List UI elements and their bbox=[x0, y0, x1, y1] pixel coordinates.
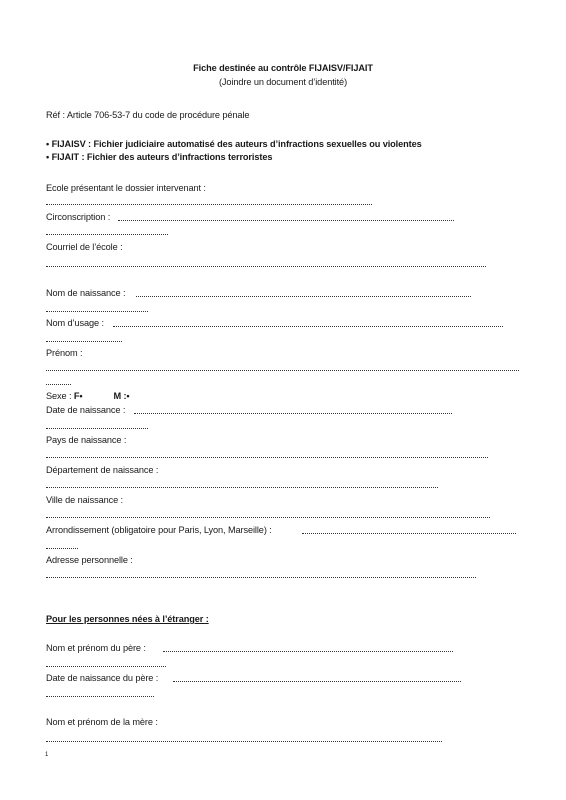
label-nom-usage: Nom d’usage : bbox=[46, 318, 104, 329]
checkbox-sexe-m[interactable]: • bbox=[126, 391, 129, 401]
field-nom-naissance-cont[interactable] bbox=[46, 311, 148, 312]
label-courriel: Courriel de l’école : bbox=[46, 242, 123, 253]
field-date-naissance-cont[interactable] bbox=[46, 428, 148, 429]
label-ecole: Ecole présentant le dossier intervenant … bbox=[46, 183, 206, 194]
label-sexe: Sexe : bbox=[46, 391, 71, 401]
label-date-pere: Date de naissance du père : bbox=[46, 673, 158, 684]
field-departement[interactable] bbox=[46, 487, 438, 488]
label-nom-naissance: Nom de naissance : bbox=[46, 288, 125, 299]
label-circonscription: Circonscription : bbox=[46, 212, 110, 223]
field-nom-usage-cont[interactable] bbox=[46, 341, 122, 342]
field-arrondissement-cont[interactable] bbox=[46, 548, 78, 549]
label-departement: Département de naissance : bbox=[46, 465, 158, 476]
field-circonscription[interactable] bbox=[118, 220, 454, 221]
label-pays-naissance: Pays de naissance : bbox=[46, 435, 126, 446]
label-prenom: Prénom : bbox=[46, 348, 82, 359]
field-pays-naissance[interactable] bbox=[46, 457, 488, 458]
bullet-icon: • bbox=[46, 139, 49, 149]
foreign-section-heading: Pour les personnes nées à l’étranger : bbox=[46, 614, 209, 625]
field-courriel[interactable] bbox=[46, 266, 486, 267]
field-prenom[interactable] bbox=[46, 370, 519, 371]
page-number: 1 bbox=[45, 752, 48, 758]
field-nom-pere-cont[interactable] bbox=[46, 666, 166, 667]
field-nom-usage[interactable] bbox=[113, 326, 503, 327]
field-ecole[interactable] bbox=[46, 204, 372, 205]
field-arrondissement[interactable] bbox=[302, 533, 516, 534]
label-date-naissance: Date de naissance : bbox=[46, 405, 125, 416]
field-ville[interactable] bbox=[46, 517, 490, 518]
field-date-pere-cont[interactable] bbox=[46, 696, 154, 697]
field-date-pere[interactable] bbox=[173, 681, 461, 682]
label-nom-mere: Nom et prénom de la mère : bbox=[46, 717, 158, 728]
label-nom-pere: Nom et prénom du père : bbox=[46, 643, 146, 654]
field-circonscription-cont[interactable] bbox=[46, 234, 168, 235]
label-sexe-m: M : bbox=[113, 391, 126, 401]
label-arrondissement: Arrondissement (obligatoire pour Paris, … bbox=[46, 525, 272, 536]
field-date-naissance[interactable] bbox=[134, 413, 452, 414]
label-adresse: Adresse personnelle : bbox=[46, 555, 133, 566]
sexe-row: Sexe : F• M :• bbox=[46, 391, 130, 402]
bullet-fijait: • FIJAIT : Fichier des auteurs d’infract… bbox=[46, 152, 272, 163]
bullet-icon: • bbox=[46, 152, 49, 162]
field-nom-naissance[interactable] bbox=[136, 296, 471, 297]
bullet-fijaisv: • FIJAISV : Fichier judiciaire automatis… bbox=[46, 139, 422, 150]
field-prenom-cont[interactable] bbox=[46, 384, 71, 385]
document-page: Fiche destinée au contrôle FIJAISV/FIJAI… bbox=[0, 0, 566, 800]
reference-text: Réf : Article 706-53-7 du code de procéd… bbox=[46, 110, 249, 121]
document-subtitle: (Joindre un document d’identité) bbox=[0, 77, 566, 88]
field-nom-pere[interactable] bbox=[163, 651, 453, 652]
field-adresse[interactable] bbox=[46, 577, 476, 578]
label-ville: Ville de naissance : bbox=[46, 495, 123, 506]
checkbox-sexe-f[interactable]: • bbox=[79, 391, 82, 401]
document-title: Fiche destinée au contrôle FIJAISV/FIJAI… bbox=[0, 63, 566, 74]
field-nom-mere[interactable] bbox=[46, 741, 442, 742]
